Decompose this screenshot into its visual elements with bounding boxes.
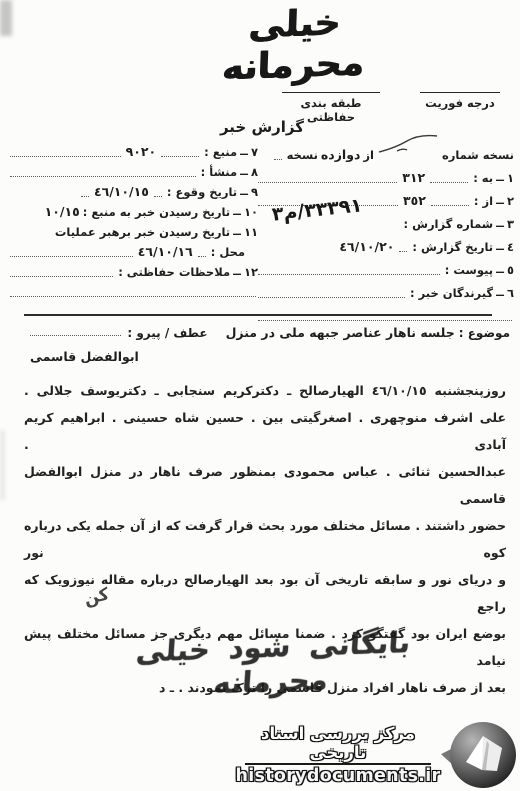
section-divider <box>24 314 492 316</box>
field-label: منشأ : <box>201 163 237 181</box>
watermark-org-name: مرکز بررسی اسناد تاریخی <box>235 724 441 762</box>
field-label: تاریخ رسیدن خبر برهبر عملیات <box>55 223 230 241</box>
watermark-underline <box>245 763 431 765</box>
field-dash: ــ <box>496 168 504 186</box>
dotted-leader <box>30 335 121 336</box>
field-dash: ــ <box>240 182 248 200</box>
watermark: مرکز بررسی اسناد تاریخی historydocuments… <box>235 720 516 790</box>
field-dash: ــ <box>233 222 241 240</box>
field-dash: ــ <box>496 260 504 278</box>
dotted-leader <box>258 274 440 275</box>
copy-count-value: دوازده <box>321 146 360 164</box>
field-row-place: محل : ٤٦/١٠/١٦ <box>8 241 258 261</box>
field-value: ٩٠٢٠ <box>126 143 157 161</box>
watermark-text-block: مرکز بررسی اسناد تاریخی historydocuments… <box>235 724 441 786</box>
handwritten-archive-note: بایگانی شود خیلی محرمانه <box>101 624 444 704</box>
field-label: تاریخ وقوع : <box>167 183 237 201</box>
field-value: ٣٥٢ <box>403 192 426 210</box>
copy-number-row: نسخه شماره از دوازده نسخه <box>256 141 514 164</box>
field-value: ٤٦/١٠/١٥ <box>94 183 149 201</box>
form-left-column: ٧ ــ منبع : ٩٠٢٠ ٨ ــ منشأ : ٩ ــ تاریخ … <box>8 141 258 301</box>
copy-number-label: نسخه شماره <box>442 146 514 164</box>
field-row-occurrence-date: ٩ ــ تاریخ وقوع : ٤٦/١٠/١٥ <box>8 181 258 201</box>
field-label: محل : <box>211 243 245 261</box>
field-number: ٣ <box>507 215 514 233</box>
copy-of-label: از <box>363 146 374 164</box>
dotted-leader <box>258 182 397 183</box>
report-form-title: گزارش خبر <box>220 118 304 136</box>
field-number: ١١ <box>244 223 258 241</box>
field-number: ١٠ <box>244 203 258 221</box>
copy-suffix-label: نسخه <box>287 146 318 164</box>
field-label: منبع : <box>204 143 237 161</box>
field-dash: ــ <box>233 202 241 220</box>
subject-continuation: ابوالفضل قاسمی <box>30 349 139 364</box>
field-number: ٩ <box>251 183 258 201</box>
field-dash: ــ <box>496 214 504 232</box>
field-number: ٥ <box>507 261 514 279</box>
blank-dotted-row <box>8 281 258 301</box>
field-value: ٤٦/١٠/٢٠ <box>339 238 394 256</box>
field-number: ١٢ <box>244 263 258 281</box>
dotted-leader <box>258 297 405 298</box>
dotted-leader <box>198 256 206 257</box>
handwritten-classification: خیلی محرمانه <box>177 0 412 90</box>
field-row-security-remarks: ١٢ ــ ملاحظات حفاظتی : <box>8 261 258 281</box>
field-dash: ــ <box>496 283 504 301</box>
form-right-column: نسخه شماره از دوازده نسخه ١ ــ به : ٣١٢ … <box>256 141 514 325</box>
field-dash: ــ <box>240 162 248 180</box>
dotted-leader <box>10 256 133 257</box>
field-row-to: ١ ــ به : ٣١٢ <box>256 164 514 187</box>
field-number: ٢ <box>507 192 514 210</box>
field-dash: ــ <box>240 142 248 160</box>
field-label: به : <box>473 169 493 187</box>
dotted-leader <box>10 276 113 277</box>
field-row-report-number: ٣ ــ شماره گزارش : ٣٣٣٩١/م٣ <box>256 210 514 233</box>
field-row-date-reached-source: ١٠ ــ تاریخ رسیدن خبر به منبع : ١٠/١٥ <box>8 201 258 221</box>
field-row-origin: ٨ ــ منشأ : <box>8 161 258 181</box>
watermark-logo-sphere <box>450 722 516 788</box>
body-line: روزپنجشنبه ٤٦/١٠/١٥ الهیارصالح ـ دکترکری… <box>24 377 506 404</box>
dotted-leader <box>399 251 407 252</box>
dotted-leader <box>161 156 199 157</box>
field-number: ٦ <box>507 284 514 302</box>
field-value: ٤٦/١٠/١٦ <box>138 243 193 261</box>
field-row-date-reached-ops: ١١ ــ تاریخ رسیدن خبر برهبر عملیات <box>8 221 258 241</box>
field-value: ٣١٢ <box>402 169 425 187</box>
body-line: علی اشرف منوچهری . اصغرگیتی بین . حسین ش… <box>24 404 506 458</box>
reference-label: عطف / پیرو : <box>127 326 207 340</box>
field-number: ٧ <box>251 143 258 161</box>
field-dash: ــ <box>496 191 504 209</box>
field-label: تاریخ رسیدن خبر به منبع : <box>83 203 230 221</box>
copy-number-scrawl-icon <box>377 132 439 156</box>
field-row-recipients: ٦ ــ گیرندگان خبر : <box>256 279 514 302</box>
field-label: ملاحظات حفاظتی : <box>118 263 230 281</box>
body-line: حضور داشتند . مسائل مختلف مورد بحث قرار … <box>24 512 506 566</box>
dotted-leader <box>274 159 282 160</box>
dotted-leader <box>10 156 121 157</box>
scan-smudge <box>0 0 12 36</box>
field-label: شماره گزارش : <box>403 215 493 233</box>
urgency-label: درجه فوریت <box>420 92 500 110</box>
field-label: از : <box>474 192 493 210</box>
field-row-report-date: ٤ ــ تاریخ گزارش : ٤٦/١٠/٢٠ <box>256 233 514 256</box>
dotted-leader <box>258 320 512 321</box>
scan-smudge <box>0 430 5 500</box>
dotted-leader <box>154 196 162 197</box>
field-label: پیوست : <box>445 261 493 279</box>
dotted-leader <box>430 182 468 183</box>
body-line: عبدالحسین ثنائی . عباس محمودی بمنظور صرف… <box>24 458 506 512</box>
field-value: ١٠/١٥ <box>45 203 80 221</box>
dotted-leader <box>10 176 196 177</box>
watermark-open-book-icon <box>456 726 510 782</box>
field-row-attachment: ٥ ــ پیوست : <box>256 256 514 279</box>
dotted-leader <box>431 205 469 206</box>
subject-label: موضوع : <box>459 326 510 340</box>
field-number: ١ <box>507 169 514 187</box>
watermark-url: historydocuments.ir <box>235 766 441 786</box>
dotted-leader <box>81 196 89 197</box>
dotted-leader <box>10 296 256 297</box>
field-number: ٤ <box>507 238 514 256</box>
subject-typed-text: جلسه ناهار عناصر جبهه ملی در منزل <box>226 325 455 340</box>
subject-row: موضوع : جلسه ناهار عناصر جبهه ملی در منز… <box>28 325 510 340</box>
field-dash: ــ <box>496 237 504 255</box>
field-row-source: ٧ ــ منبع : ٩٠٢٠ <box>8 141 258 161</box>
field-dash: ــ <box>233 262 241 280</box>
field-label: گیرندگان خبر : <box>410 284 493 302</box>
field-label: تاریخ گزارش : <box>412 238 493 256</box>
scanned-document-page: خیلی محرمانه درجه فوریت طبقه بندی حفاظتی… <box>0 0 520 791</box>
field-number: ٨ <box>251 163 258 181</box>
